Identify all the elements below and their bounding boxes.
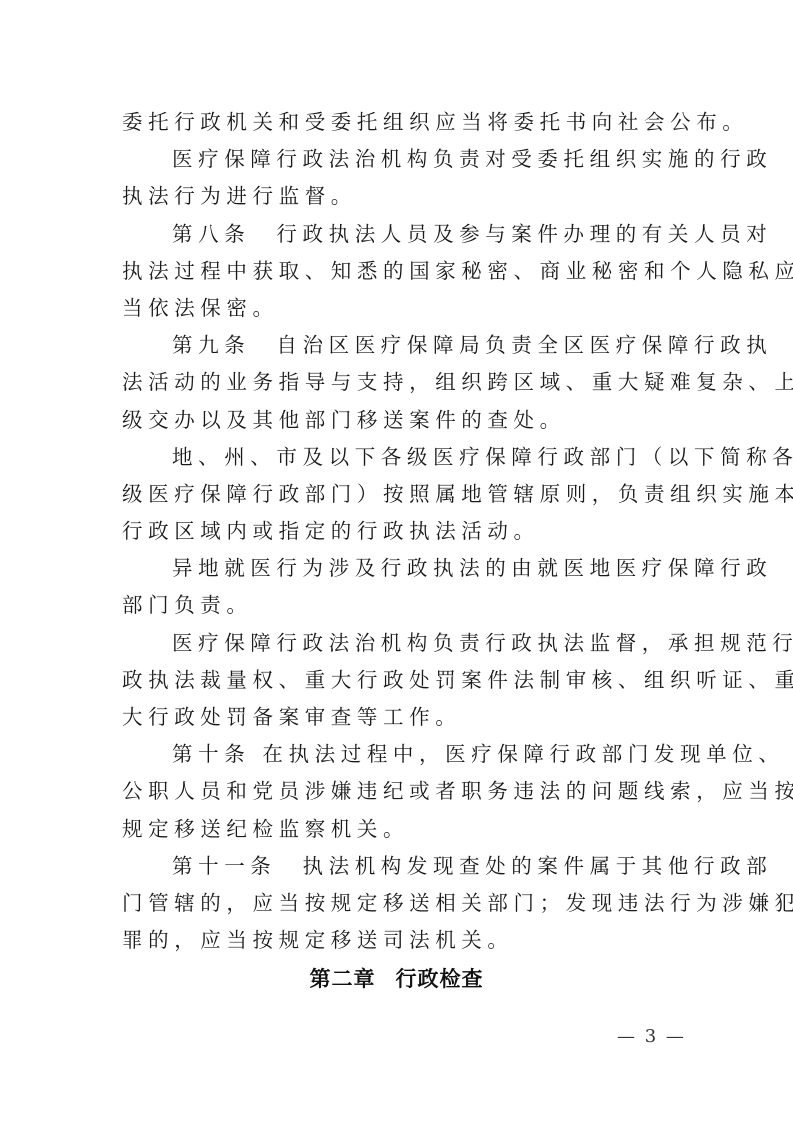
text-line: 当依法保密。 [122, 290, 678, 327]
text-line: 法活动的业务指导与支持，组织跨区域、重大疑难复杂、上 [122, 364, 678, 401]
text-line: 执法过程中获取、知悉的国家秘密、商业秘密和个人隐私应 [122, 253, 678, 290]
text-line: 公职人员和党员涉嫌违纪或者职务违法的问题线索，应当按 [122, 773, 678, 810]
text-line: 异地就医行为涉及行政执法的由就医地医疗保障行政 [122, 550, 678, 587]
text-line: 医疗保障行政法治机构负责对受委托组织实施的行政 [122, 141, 678, 178]
text-line: 罪的，应当按规定移送司法机关。 [122, 922, 678, 959]
text-line: 部门负责。 [122, 587, 678, 624]
page-number: — 3 — [617, 1026, 686, 1047]
text-line: 地、州、市及以下各级医疗保障行政部门（以下简称各 [122, 439, 678, 476]
text-line: 委托行政机关和受委托组织应当将委托书向社会公布。 [122, 104, 678, 141]
text-line: 医疗保障行政法治机构负责行政执法监督，承担规范行 [122, 625, 678, 662]
text-line: 政执法裁量权、重大行政处罚案件法制审核、组织听证、重 [122, 662, 678, 699]
text-line: 规定移送纪检监察机关。 [122, 811, 678, 848]
text-line: 级医疗保障行政部门）按照属地管辖原则，负责组织实施本 [122, 476, 678, 513]
article-8-line: 第八条 行政执法人员及参与案件办理的有关人员对 [122, 216, 678, 253]
article-9-line: 第九条 自治区医疗保障局负责全区医疗保障行政执 [122, 327, 678, 364]
chapter-heading: 第二章行政检查 [0, 963, 793, 993]
text-line: 行政区域内或指定的行政执法活动。 [122, 513, 678, 550]
article-11-line: 第十一条 执法机构发现查处的案件属于其他行政部 [122, 848, 678, 885]
chapter-title: 行政检查 [396, 967, 484, 991]
body-text: 委托行政机关和受委托组织应当将委托书向社会公布。 医疗保障行政法治机构负责对受委… [122, 104, 678, 959]
text-line: 级交办以及其他部门移送案件的查处。 [122, 402, 678, 439]
chapter-number: 第二章 [310, 967, 376, 991]
document-page: 委托行政机关和受委托组织应当将委托书向社会公布。 医疗保障行政法治机构负责对受委… [0, 0, 793, 1122]
article-10-line: 第十条 在执法过程中，医疗保障行政部门发现单位、 [122, 736, 678, 773]
text-line: 执法行为进行监督。 [122, 178, 678, 215]
text-line: 大行政处罚备案审查等工作。 [122, 699, 678, 736]
text-line: 门管辖的，应当按规定移送相关部门；发现违法行为涉嫌犯 [122, 885, 678, 922]
